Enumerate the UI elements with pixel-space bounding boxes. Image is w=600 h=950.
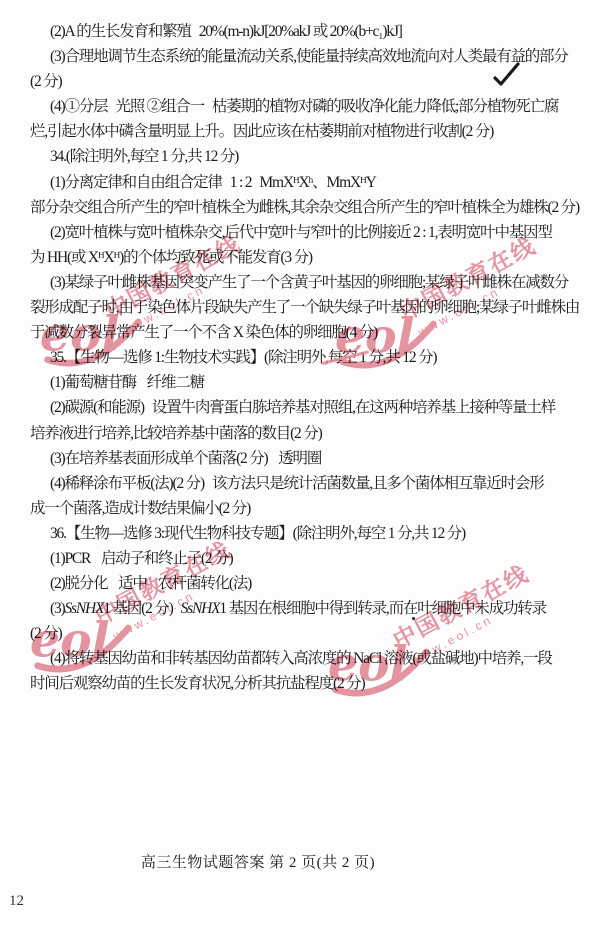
text-line: (2)宽叶植株与宽叶植株杂交,后代中宽叶与窄叶的比例接近 2 : 1,表明宽叶中… [30, 220, 600, 245]
text-line: 于减数分裂异常产生了一个不含 X 染色体的卵细胞(4 分) [30, 320, 600, 345]
text-line: (2)碳源(和能源) 设置牛肉膏蛋白胨培养基对照组,在这两种培养基上接种等量土样 [30, 395, 600, 420]
text-line: 部分杂交组合所产生的窄叶植株全为雌株,其余杂交组合所产生的窄叶植株全为雄株(2 … [30, 195, 600, 220]
answer-lines: (2)A 的生长发育和繁殖 20%(m-n)kJ[20%akJ 或 20%(b+… [30, 19, 600, 697]
text-line: (4)将转基因幼苗和非转基因幼苗都转入高浓度的 NaCl 溶液(或盐碱地)中培养… [30, 646, 600, 671]
text-line: 为 HH(或 XᴴXᴴ)的个体均致死或不能发育(3 分) [30, 245, 600, 270]
text-line: (3)在培养基表面形成单个菌落(2 分) 透明圈 [30, 446, 600, 471]
text-line: (1)PCR 启动子和终止子(2 分) [30, 546, 600, 571]
text-line: (2)脱分化 适中 农杆菌转化(法) [30, 571, 600, 596]
text-line: 成一个菌落,造成计数结果偏小(2 分) [30, 496, 600, 521]
text-line: 34.(除注明外,每空 1 分,共 12 分) [30, 144, 600, 169]
page-number: 12 [9, 893, 24, 910]
text-line: 35.【生物—选修 1:生物技术实践】(除注明外,每空 1 分,共 12 分) [30, 345, 600, 370]
emphasis-dot-icon [412, 617, 415, 620]
text-line: (3)某绿子叶雌株基因突变产生了一个含黄子叶基因的卵细胞;某绿子叶雌株在减数分 [30, 270, 600, 295]
text-line: 裂形成配子时,由于染色体片段缺失产生了一个缺失绿子叶基因的卵细胞;某绿子叶雌株由 [30, 295, 600, 320]
text-line: (1)葡萄糖苷酶 纤维二糖 [30, 370, 600, 395]
scanned-answer-page: (2)A 的生长发育和繁殖 20%(m-n)kJ[20%akJ 或 20%(b+… [0, 0, 600, 950]
text-line: (2 分) [30, 621, 600, 646]
text-line: 烂,引起水体中磷含量明显上升。因此应该在枯萎期前对植物进行收割(2 分) [30, 119, 600, 144]
text-line: (3)SsNHX1 基因(2 分) SsNHX1 基因在根细胞中得到转录,而在叶… [30, 596, 600, 621]
text-line: 时间后观察幼苗的生长发育状况,分析其抗盐程度(2 分) [30, 671, 600, 696]
text-line: (2)A 的生长发育和繁殖 20%(m-n)kJ[20%akJ 或 20%(b+… [30, 19, 600, 44]
text-line: (4)①分层 光照 ②组合一 枯萎期的植物对磷的吸收净化能力降低;部分植物死亡腐 [30, 94, 600, 119]
text-line: 36.【生物—选修 3:现代生物科技专题】(除注明外,每空 1 分,共 12 分… [30, 521, 600, 546]
pen-check-mark-icon [492, 62, 522, 90]
text-line: (4)稀释涂布平板(法)(2 分) 该方法只是统计活菌数量,且多个菌体相互靠近时… [30, 471, 600, 496]
page-footer: 高三生物试题答案 第 2 页(共 2 页) [0, 851, 516, 872]
text-line: (1)分离定律和自由组合定律 1 : 2 MmXᴴXʰ、MmXᴴY [30, 170, 600, 195]
text-line: 培养液进行培养,比较培养基中菌落的数目(2 分) [30, 421, 600, 446]
